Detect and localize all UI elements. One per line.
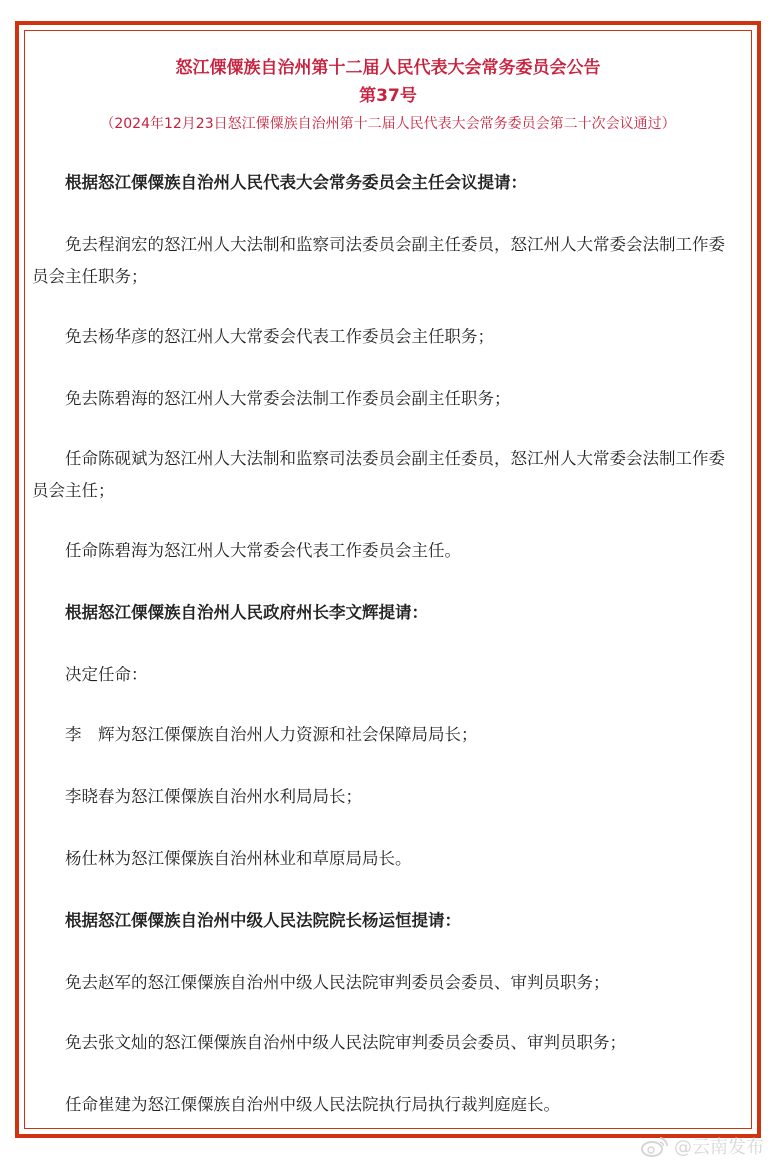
section-intro: 决定任命： [32, 659, 741, 691]
watermark-text: @云南发布 [674, 1133, 764, 1159]
list-item: 任命陈碧海为怒江州人大常委会代表工作委员会主任。 [32, 535, 741, 567]
list-item: 免去张文灿的怒江傈僳族自治州中级人民法院审判委员会委员、审判员职务； [32, 1027, 741, 1059]
list-item: 免去赵军的怒江傈僳族自治州中级人民法院审判委员会委员、审判员职务； [32, 967, 741, 999]
list-item: 杨仕林为怒江傈僳族自治州林业和草原局局长。 [32, 843, 741, 875]
section-heading: 根据怒江傈僳族自治州人民政府州长李文辉提请： [32, 597, 741, 629]
list-item: 免去程润宏的怒江州人大法制和监察司法委员会副主任委员，怒江州人大常委会法制工作委… [32, 229, 741, 293]
list-item: 任命陈砚斌为怒江州人大法制和监察司法委员会副主任委员，怒江州人大常委会法制工作委… [32, 443, 741, 507]
watermark: @云南发布 [640, 1133, 764, 1159]
section-heading: 根据怒江傈僳族自治州中级人民法院院长杨运恒提请： [32, 905, 741, 937]
announcement-inner-frame: 怒江傈僳族自治州第十二届人民代表大会常务委员会公告 第37号 （2024年12月… [24, 30, 752, 1129]
list-item: 李晓春为怒江傈僳族自治州水利局局长； [32, 781, 741, 813]
list-item: 免去杨华彦的怒江州人大常委会代表工作委员会主任职务； [32, 321, 741, 353]
list-item: 李 辉为怒江傈僳族自治州人力资源和社会保障局局长； [32, 719, 741, 751]
announcement-title: 怒江傈僳族自治州第十二届人民代表大会常务委员会公告 [25, 53, 751, 78]
weibo-icon [640, 1135, 670, 1157]
announcement-number: 第37号 [25, 81, 751, 106]
announcement-subtitle: （2024年12月23日怒江傈僳族自治州第十二届人民代表大会常务委员会第二十次会… [25, 113, 751, 133]
section-heading: 根据怒江傈僳族自治州人民代表大会常务委员会主任会议提请： [32, 167, 741, 199]
list-item: 任命崔建为怒江傈僳族自治州中级人民法院执行局执行裁判庭庭长。 [32, 1089, 741, 1121]
list-item: 免去陈碧海的怒江州人大常委会法制工作委员会副主任职务； [32, 383, 741, 415]
announcement-frame: 怒江傈僳族自治州第十二届人民代表大会常务委员会公告 第37号 （2024年12月… [15, 21, 761, 1138]
